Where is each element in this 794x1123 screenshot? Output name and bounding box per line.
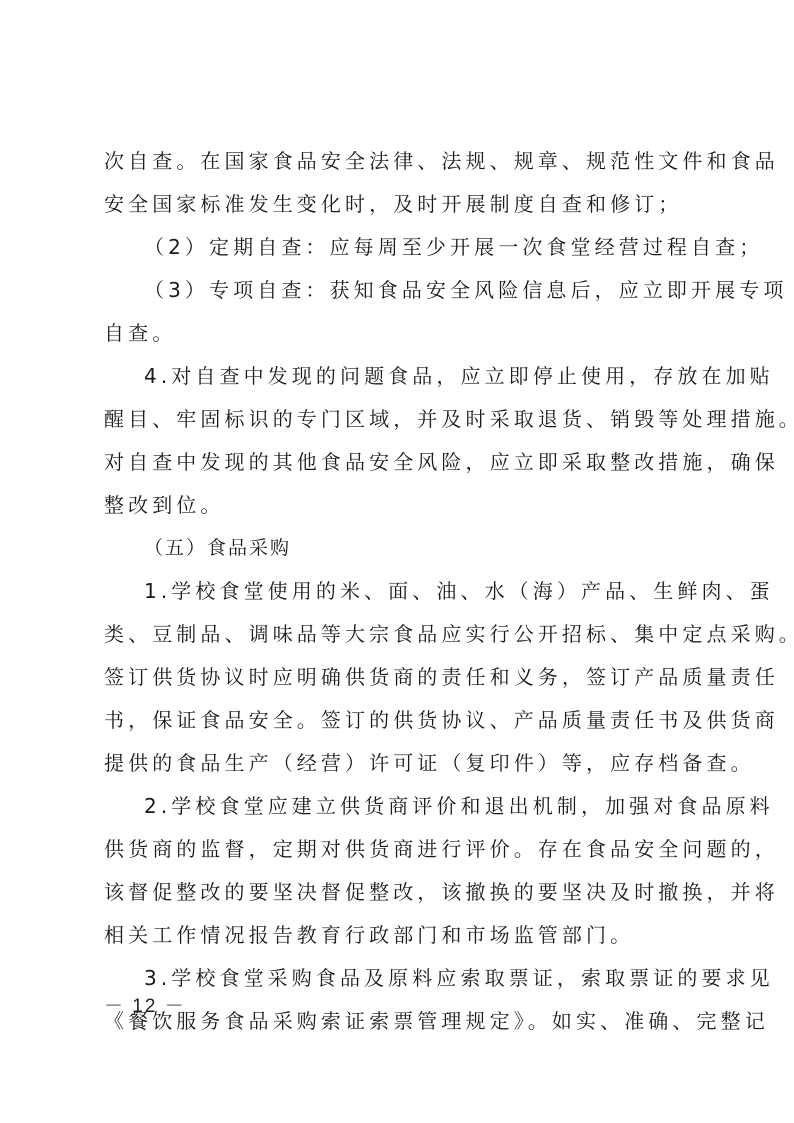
paragraph-line: 签订供货协议时应明确供货商的责任和义务，签订产品质量责任 — [104, 656, 694, 699]
paragraph-line: 醒目、牢固标识的专门区域，并及时采取退货、销毁等处理措施。 — [104, 398, 694, 441]
paragraph-line: 次自查。在国家食品安全法律、法规、规章、规范性文件和食品 — [104, 140, 694, 183]
paragraph-line: 书，保证食品安全。签订的供货协议、产品质量责任书及供货商 — [104, 699, 694, 742]
paragraph-line: 自查。 — [104, 312, 694, 355]
paragraph-line: 整改到位。 — [104, 484, 694, 527]
paragraph-line: 提供的食品生产（经营）许可证（复印件）等，应存档备查。 — [104, 742, 694, 785]
paragraph-line: 类、豆制品、调味品等大宗食品应实行公开招标、集中定点采购。 — [104, 613, 694, 656]
paragraph-line: 安全国家标准发生变化时，及时开展制度自查和修订； — [104, 183, 694, 226]
paragraph-line: 4.对自查中发现的问题食品，应立即停止使用，存放在加贴 — [104, 355, 694, 398]
document-body: 次自查。在国家食品安全法律、法规、规章、规范性文件和食品 安全国家标准发生变化时… — [104, 140, 694, 1043]
page-number: － 12 － — [104, 995, 186, 1019]
paragraph-line: （3）专项自查：获知食品安全风险信息后，应立即开展专项 — [104, 269, 694, 312]
paragraph-line: 1.学校食堂使用的米、面、油、水（海）产品、生鲜肉、蛋 — [104, 570, 694, 613]
paragraph-line: 《餐饮服务食品采购索证索票管理规定》。如实、准确、完整记 — [104, 1000, 694, 1043]
paragraph-line: 对自查中发现的其他食品安全风险，应立即采取整改措施，确保 — [104, 441, 694, 484]
paragraph-line: （2）定期自查：应每周至少开展一次食堂经营过程自查； — [104, 226, 694, 269]
paragraph-line: 相关工作情况报告教育行政部门和市场监管部门。 — [104, 914, 694, 957]
paragraph-line: 2.学校食堂应建立供货商评价和退出机制，加强对食品原料 — [104, 785, 694, 828]
paragraph-line: 3.学校食堂采购食品及原料应索取票证，索取票证的要求见 — [104, 957, 694, 1000]
document-page: 次自查。在国家食品安全法律、法规、规章、规范性文件和食品 安全国家标准发生变化时… — [0, 0, 794, 1123]
paragraph-line: 该督促整改的要坚决督促整改，该撤换的要坚决及时撤换，并将 — [104, 871, 694, 914]
section-heading: （五）食品采购 — [104, 527, 694, 570]
paragraph-line: 供货商的监督，定期对供货商进行评价。存在食品安全问题的， — [104, 828, 694, 871]
